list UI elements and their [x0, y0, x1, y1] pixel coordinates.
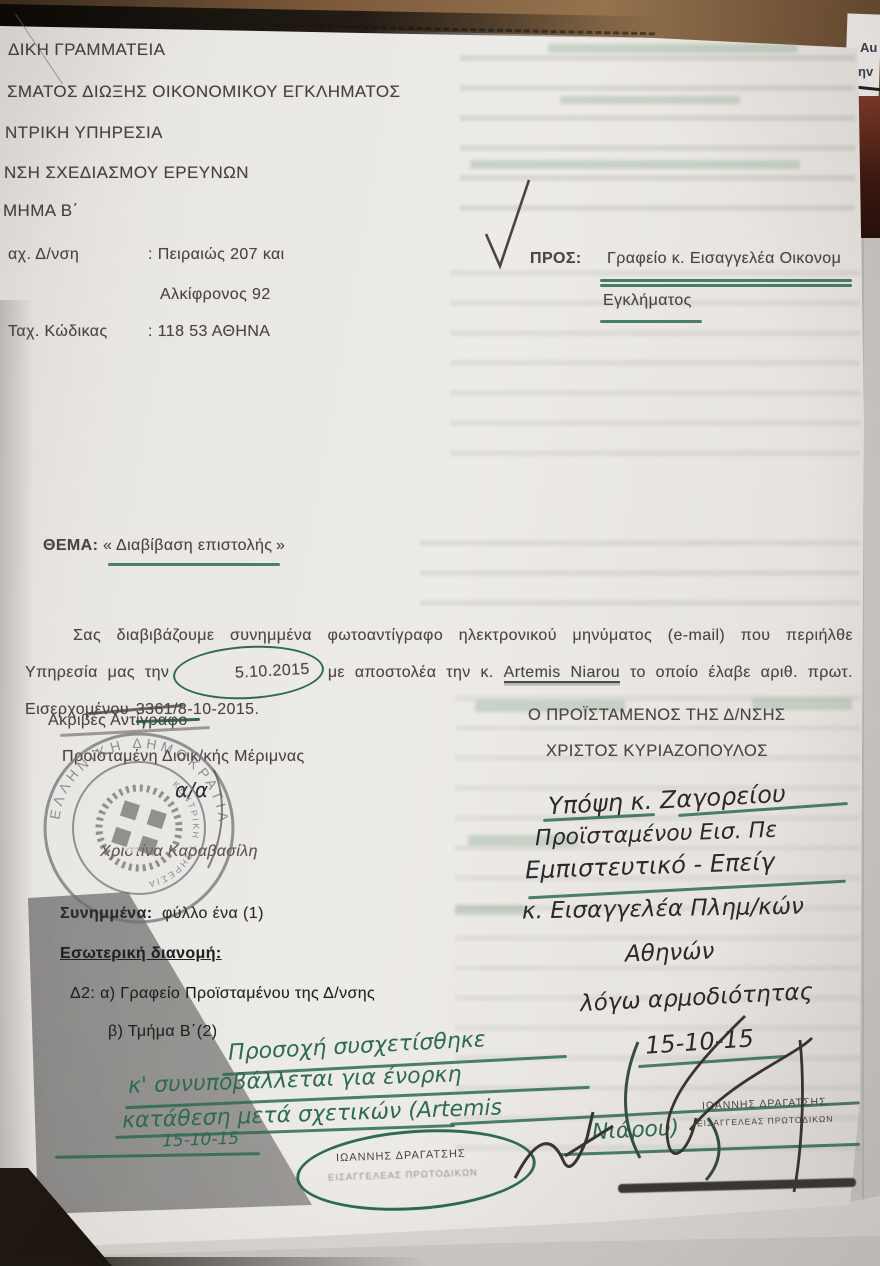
- subject-quote-open: «: [103, 537, 112, 555]
- side-paper-text-2: ηv: [858, 64, 873, 79]
- document-photo: Au ηv ΔΙΚΗ ΓΡΑΜΜΑΤΕΙΑ ΣΜΑΤΟΣ ΔΙΩΞΗΣ ΟΙΚΟ…: [0, 0, 880, 1266]
- subject-label: ΘΕΜΑ:: [43, 537, 98, 555]
- handwritten-note-right-line: Αθηνών: [625, 938, 715, 967]
- distribution-heading: Εσωτερική διανομή:: [60, 945, 222, 963]
- side-paper-text-1: Au: [860, 40, 877, 55]
- header-line: ΔΙΚΗ ΓΡΑΜΜΑΤΕΙΑ: [8, 40, 165, 60]
- address-value: : Πειραιώς 207 και: [148, 246, 285, 264]
- address-label: αχ. Δ/νση: [8, 246, 79, 264]
- subject-quote-close: »: [276, 537, 285, 555]
- address-value: : 118 53 ΑΘΗΝΑ: [148, 323, 270, 341]
- attachments-value: φύλλο ένα (1): [162, 905, 264, 923]
- handwritten-initials: α/α: [175, 778, 208, 802]
- signatory-role: Ο ΠΡΟΪΣΤΑΜΕΝΟΣ ΤΗΣ Δ/ΝΣΗΣ: [528, 706, 786, 725]
- recipient-line: Γραφείο κ. Εισαγγελέα Οικονομ: [607, 250, 841, 268]
- header-line: ΝΤΡΙΚΗ ΥΠΗΡΕΣΙΑ: [5, 123, 163, 143]
- certifier-name: Χριστίνα Καραβασίλη: [100, 843, 258, 861]
- attachments-label: Συνημμένα:: [60, 905, 152, 923]
- header-line: ΜΗΜΑ Β΄: [3, 201, 79, 221]
- signatory-name: ΧΡΙΣΤΟΣ ΚΥΡΙΑΖΟΠΟΥΛΟΣ: [546, 742, 768, 761]
- bleed-green-mark: [560, 96, 740, 104]
- green-underline-stroke: [600, 320, 702, 323]
- certifier-role: Προϊσταμένη Διοικ/κής Μέριμνας: [62, 748, 305, 766]
- subject-text: Διαβίβαση επιστολής: [116, 537, 272, 555]
- bleed-through-text: [460, 35, 855, 220]
- distribution-item: Δ2: α) Γραφείο Προϊσταμένου της Δ/νσης: [70, 985, 375, 1003]
- recipient-line: Εγκλήματος: [603, 292, 692, 310]
- distribution-item: β) Τμήμα Β΄(2): [108, 1023, 217, 1041]
- bleed-through-text: [420, 525, 860, 615]
- header-line: ΝΣΗ ΣΧΕΔΙΑΣΜΟΥ ΕΡΕΥΝΩΝ: [4, 163, 249, 183]
- bleed-green-mark: [470, 160, 800, 169]
- bleed-green-mark: [548, 44, 798, 53]
- page-edge-shadow: [0, 300, 34, 1180]
- green-underline-stroke: [600, 279, 852, 282]
- green-underline-stroke: [108, 563, 280, 566]
- body-text: με αποστολέα την κ.: [318, 664, 504, 681]
- bleed-green-mark: [455, 905, 525, 915]
- handwritten-note-bottom-line: Νιάρου): [591, 1116, 679, 1146]
- bleed-through-text: [450, 250, 860, 465]
- handwritten-note-right-line: κ. Εισαγγελέα Πλημ/κών: [522, 894, 804, 925]
- desk-edge-strip: [0, 1257, 430, 1266]
- circled-date: 5.10.2015: [172, 642, 325, 703]
- header-line: ΣΜΑΤΟΣ ΔΙΩΞΗΣ ΟΙΚΟΝΟΜΙΚΟΥ ΕΓΚΛΗΜΑΤΟΣ: [7, 82, 400, 102]
- underlined-sender: Artemis Niarou: [504, 664, 620, 683]
- address-label: Ταχ. Κώδικας: [8, 323, 108, 341]
- recipient-label: ΠΡΟΣ:: [530, 250, 582, 268]
- address-value: Αλκίφρονος 92: [160, 286, 271, 304]
